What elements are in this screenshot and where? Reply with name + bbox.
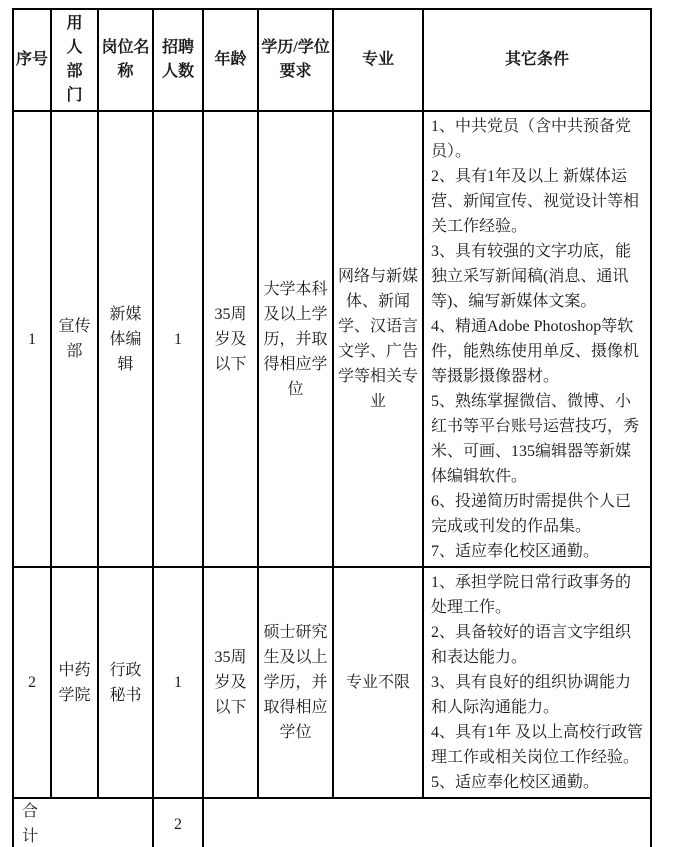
header-education: 学历/学位要求 <box>258 9 333 111</box>
footer-row: 合计 2 <box>13 798 651 847</box>
header-no-label: 序号 <box>16 51 48 68</box>
document-page: 序号 用人部门 岗位名称 招聘人数 年龄 学历/学位要求 专业 其它条件 1 宣… <box>0 0 686 847</box>
row1-age: 35周岁及以下 <box>203 111 258 567</box>
table-row-1: 1 宣传部 新媒体编辑 1 35周岁及以下 大学本科及以上学历，并取得相应学位 … <box>13 111 651 567</box>
row1-conditions: 1、中共党员（含中共预备党员）。 2、具有1年及以上 新媒体运营、新闻宣传、视觉… <box>423 111 651 567</box>
row2-major: 专业不限 <box>333 567 423 798</box>
row2-count: 1 <box>153 567 203 798</box>
footer-total-count: 2 <box>153 798 203 847</box>
row1-position: 新媒体编辑 <box>98 111 153 567</box>
row2-position: 行政秘书 <box>98 567 153 798</box>
header-education-label: 学历/学位要求 <box>261 39 329 80</box>
row1-major: 网络与新媒体、新闻学、汉语言文学、广告学等相关专业 <box>333 111 423 567</box>
header-age: 年龄 <box>203 9 258 111</box>
header-other-label: 其它条件 <box>505 51 569 68</box>
recruitment-table: 序号 用人部门 岗位名称 招聘人数 年龄 学历/学位要求 专业 其它条件 1 宣… <box>12 8 652 847</box>
footer-total-label: 合计 <box>22 799 40 847</box>
row2-age: 35周岁及以下 <box>203 567 258 798</box>
header-count: 招聘人数 <box>153 9 203 111</box>
row1-education: 大学本科及以上学历，并取得相应学位 <box>258 111 333 567</box>
header-count-label: 招聘人数 <box>162 39 194 80</box>
row2-no: 2 <box>13 567 51 798</box>
header-department: 用人部门 <box>51 9 98 111</box>
table-row-2: 2 中药学院 行政秘书 1 35周岁及以下 硕士研究生及以上学历，并取得相应学位… <box>13 567 651 798</box>
header-other: 其它条件 <box>423 9 651 111</box>
row2-conditions: 1、承担学院日常行政事务的处理工作。 2、具备较好的语言文字组织和表达能力。 3… <box>423 567 651 798</box>
header-department-label: 用人部门 <box>65 12 83 108</box>
header-no: 序号 <box>13 9 51 111</box>
row1-count: 1 <box>153 111 203 567</box>
header-age-label: 年龄 <box>214 51 246 68</box>
footer-total-label-cell: 合计 <box>13 798 153 847</box>
header-row: 序号 用人部门 岗位名称 招聘人数 年龄 学历/学位要求 专业 其它条件 <box>13 9 651 111</box>
row2-department: 中药学院 <box>51 567 98 798</box>
header-position: 岗位名称 <box>98 9 153 111</box>
header-position-label: 岗位名称 <box>101 39 149 80</box>
header-major: 专业 <box>333 9 423 111</box>
footer-empty-cell <box>203 798 651 847</box>
row1-department: 宣传部 <box>51 111 98 567</box>
row1-no: 1 <box>13 111 51 567</box>
header-major-label: 专业 <box>362 51 394 68</box>
row2-education: 硕士研究生及以上学历，并取得相应学位 <box>258 567 333 798</box>
